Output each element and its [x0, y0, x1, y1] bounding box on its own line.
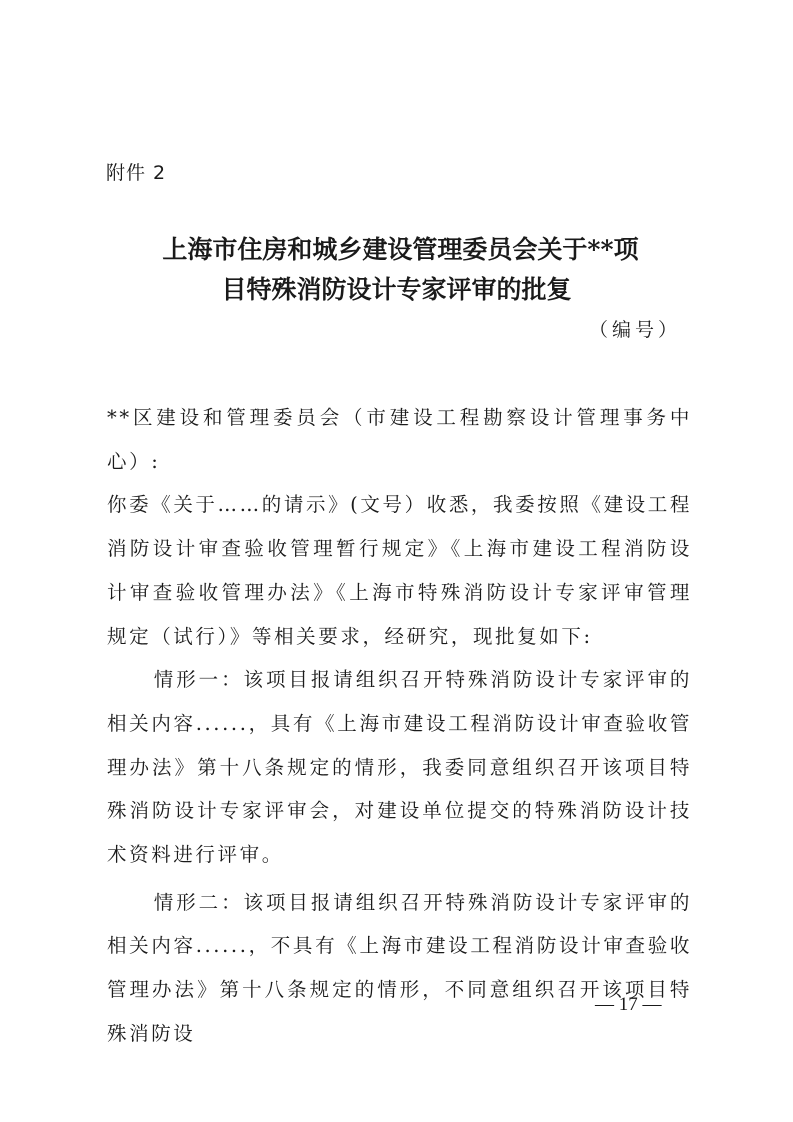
- attachment-label: 附件 2: [106, 158, 166, 185]
- page-number: — 17 —: [595, 994, 662, 1016]
- document-number: （编号）: [589, 315, 681, 342]
- paragraph-intro: 你委《关于……的请示》(文号）收悉，我委按照《建设工程消防设计审查验收管理暂行规…: [107, 483, 692, 658]
- paragraph-case-two: 情形二：该项目报请组织召开特殊消防设计专家评审的相关内容......，不具有《上…: [107, 881, 692, 1056]
- document-title: 上海市住房和城乡建设管理委员会关于**项 目特殊消防设计专家评审的批复: [0, 230, 793, 310]
- document-body: **区建设和管理委员会（市建设工程勘察设计管理事务中心）: 你委《关于……的请示…: [107, 396, 692, 1056]
- paragraph-case-one: 情形一：该项目报请组织召开特殊消防设计专家评审的相关内容......，具有《上海…: [107, 658, 692, 877]
- title-line-1: 上海市住房和城乡建设管理委员会关于**项: [0, 230, 793, 270]
- salutation: **区建设和管理委员会（市建设工程勘察设计管理事务中心）:: [107, 396, 692, 483]
- title-line-2: 目特殊消防设计专家评审的批复: [0, 270, 793, 310]
